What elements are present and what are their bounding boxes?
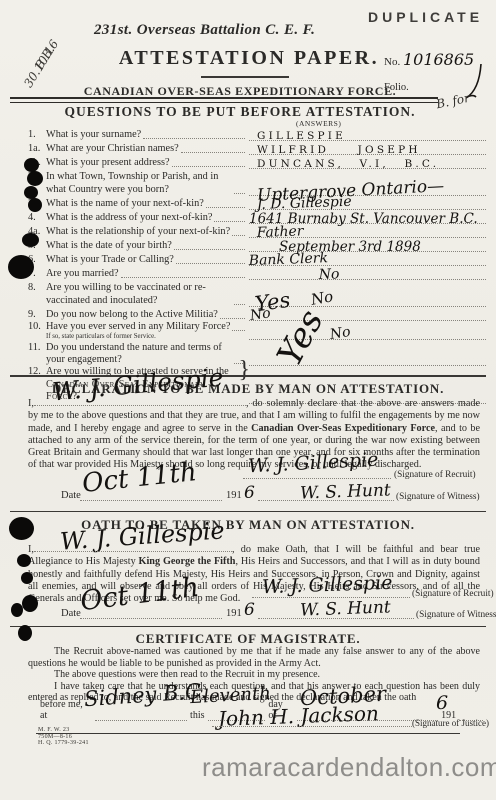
oath-recruit-signature: W. J. Gillespie	[262, 572, 393, 599]
page-title: ATTESTATION PAPER.	[90, 47, 408, 70]
question-row-11: 11.Do you understand the nature and term…	[28, 340, 486, 366]
question-number: 11.	[28, 342, 46, 367]
date-dotted-line	[80, 500, 222, 501]
justice-signature-label: (Signature of Justice)	[412, 718, 489, 728]
bottom-rule	[36, 733, 460, 734]
dotted-leader	[143, 129, 245, 139]
oath-body-bold: King George the Fifth	[139, 556, 236, 567]
question-row-9: 9.Do you now belong to the Active Militi…	[28, 307, 486, 321]
declaration-year-script: 6	[244, 483, 255, 503]
question-row-6: 6.What is your Trade or Calling? Bank Cl…	[28, 252, 486, 266]
answer-militia: No	[249, 307, 271, 322]
question-text: What is the address of your next-of-kin?	[46, 212, 212, 224]
declaration-name-dots	[34, 395, 246, 406]
ink-blot	[8, 255, 34, 279]
question-text: What is the name of your next-of-kin?	[46, 198, 204, 210]
declaration-body-bold: Canadian Over-Seas Expeditionary Force	[251, 423, 435, 434]
recruit-signature-label: (Signature of Recruit)	[412, 589, 494, 599]
answer-next-of-kin-name: J. D. Gillespie	[257, 195, 352, 211]
this-label: this	[190, 710, 204, 721]
place-dots	[95, 710, 187, 721]
no-label: No.	[384, 56, 400, 68]
answer-trade: Bank Clerk	[249, 252, 329, 267]
ink-blot	[24, 186, 38, 199]
question-number: 9.	[28, 309, 46, 321]
question-number: 10.	[28, 321, 46, 333]
ink-blot	[18, 625, 32, 641]
question-text: Have you ever served in any Military For…	[46, 321, 230, 333]
question-row-5: 5.What is the date of your birth? Septem…	[28, 238, 486, 252]
dotted-leader	[214, 212, 245, 222]
question-row-8: 8.Are you willing to be vaccinated or re…	[28, 280, 486, 307]
question-text: Do you understand the nature and terms o…	[46, 342, 232, 367]
witness-signature-label: (Signature of Witness)	[416, 610, 496, 620]
witness-signature-label: (Signature of Witness)	[396, 492, 480, 502]
question-text: What is your Trade or Calling?	[46, 254, 174, 266]
margin-initials: B. for	[435, 91, 471, 112]
dotted-leader	[220, 309, 245, 319]
dotted-leader	[174, 240, 245, 250]
questions-section-title: QUESTIONS TO BE PUT BEFORE ATTESTATION.	[60, 104, 420, 120]
watermark: ramaracardendalton.com	[202, 752, 496, 783]
questions-list: 1.What is your surname? GILLESPIE 1a.Wha…	[28, 127, 486, 404]
certificate-day-value: Eleventh	[190, 683, 272, 708]
dotted-leader	[121, 268, 245, 278]
ink-blot	[27, 171, 43, 186]
dotted-leader	[206, 198, 245, 208]
form-imprint: M. F. W. 23 750M—8-16 H. Q. 1779-39-241	[38, 727, 89, 747]
date-dotted-line	[80, 618, 222, 619]
ink-blot	[22, 233, 39, 247]
serial-number-row: No. 1016865	[384, 50, 474, 69]
oath-year-printed: 191	[226, 608, 242, 619]
question-text: Are you married?	[46, 268, 119, 280]
question-row-4: 4.What is the address of your next-of-ki…	[28, 210, 486, 224]
certificate-p1: The Recruit above-named was cautioned by…	[28, 646, 480, 669]
question-subtext: If so, state particulars of former Servi…	[46, 333, 264, 340]
question-text: What are your Christian names?	[46, 143, 179, 155]
dotted-leader	[232, 226, 245, 236]
question-row-7: 7.Are you married? No	[28, 266, 486, 280]
ink-blot	[21, 572, 33, 584]
certificate-p2: The above questions were then read to th…	[28, 669, 480, 681]
answer-military-force: No	[329, 326, 351, 341]
pencil-note-line2: 30.10.16	[21, 37, 61, 90]
witness-signature-line	[258, 618, 414, 619]
ink-blot	[24, 158, 39, 172]
header-double-rule	[10, 97, 438, 103]
dotted-leader	[176, 254, 245, 264]
ink-blot	[17, 554, 31, 567]
oath-top-rule	[10, 511, 486, 512]
question-row-10: 10.Have you ever served in any Military …	[28, 321, 486, 340]
question-row-3: 3.What is the name of your next-of-kin? …	[28, 196, 486, 210]
duplicate-stamp: DUPLICATE	[368, 9, 483, 25]
question-row-2: 2.In what Town, Township or Parish, and …	[28, 169, 486, 196]
oath-name-dots	[34, 541, 232, 552]
dotted-leader	[234, 171, 245, 194]
dotted-leader	[234, 282, 245, 305]
justice-signature-line	[212, 726, 412, 727]
question-number: 8.	[28, 282, 46, 307]
question-text: What is the relationship of your next-of…	[46, 226, 230, 238]
oath-date-label: Date	[61, 608, 81, 619]
battalion-heading: 231st. Overseas Battalion C. E. F.	[94, 22, 315, 39]
ink-blot	[9, 517, 34, 540]
recruit-signature-label: (Signature of Recruit)	[394, 470, 476, 480]
ink-blot	[22, 595, 38, 612]
title-divider	[201, 76, 289, 78]
witness-signature-line	[258, 500, 394, 501]
question-text: What is the date of your birth?	[46, 240, 172, 252]
certificate-top-rule	[10, 626, 486, 627]
form-imprint-line3: H. Q. 1779-39-241	[38, 740, 89, 747]
declaration-date-label: Date	[61, 490, 81, 501]
ink-blot	[28, 198, 42, 212]
attestation-paper-scan: B.B. 30.10.16 231st. Overseas Battalion …	[0, 0, 496, 800]
question-number: 1.	[28, 129, 46, 141]
question-text: What is your present address?	[46, 157, 170, 169]
question-text: In what Town, Township or Parish, and in…	[46, 171, 232, 196]
dotted-leader	[172, 157, 245, 167]
answer-relationship: Father	[257, 225, 304, 239]
ink-blot	[11, 603, 23, 617]
question-text: What is your surname?	[46, 129, 141, 141]
declaration-year-printed: 191	[226, 490, 242, 501]
question-text: Are you willing to be vaccinated or re-v…	[46, 282, 232, 307]
recruit-signature-line	[243, 478, 391, 479]
question-number: 1a.	[28, 143, 46, 155]
question-number: 4.	[28, 212, 46, 224]
question-text: Do you now belong to the Active Militia?	[46, 309, 218, 321]
answer-vaccinated-no: No	[310, 290, 334, 306]
dotted-leader	[181, 143, 245, 153]
certificate-year-value: 6	[436, 692, 448, 714]
question-row-1a: 1a.What are your Christian names? WILFRI…	[28, 141, 486, 155]
dotted-leader	[232, 321, 245, 331]
question-row-1: 1.What is your surname? GILLESPIE	[28, 127, 486, 141]
certificate-heading: CERTIFICATE OF MAGISTRATE.	[0, 631, 496, 647]
oath-year-script: 6	[244, 600, 255, 620]
question-row-1b: 1b.What is your present address? DUNCANS…	[28, 155, 486, 169]
question-row-4a: 4a.What is the relationship of your next…	[28, 224, 486, 238]
